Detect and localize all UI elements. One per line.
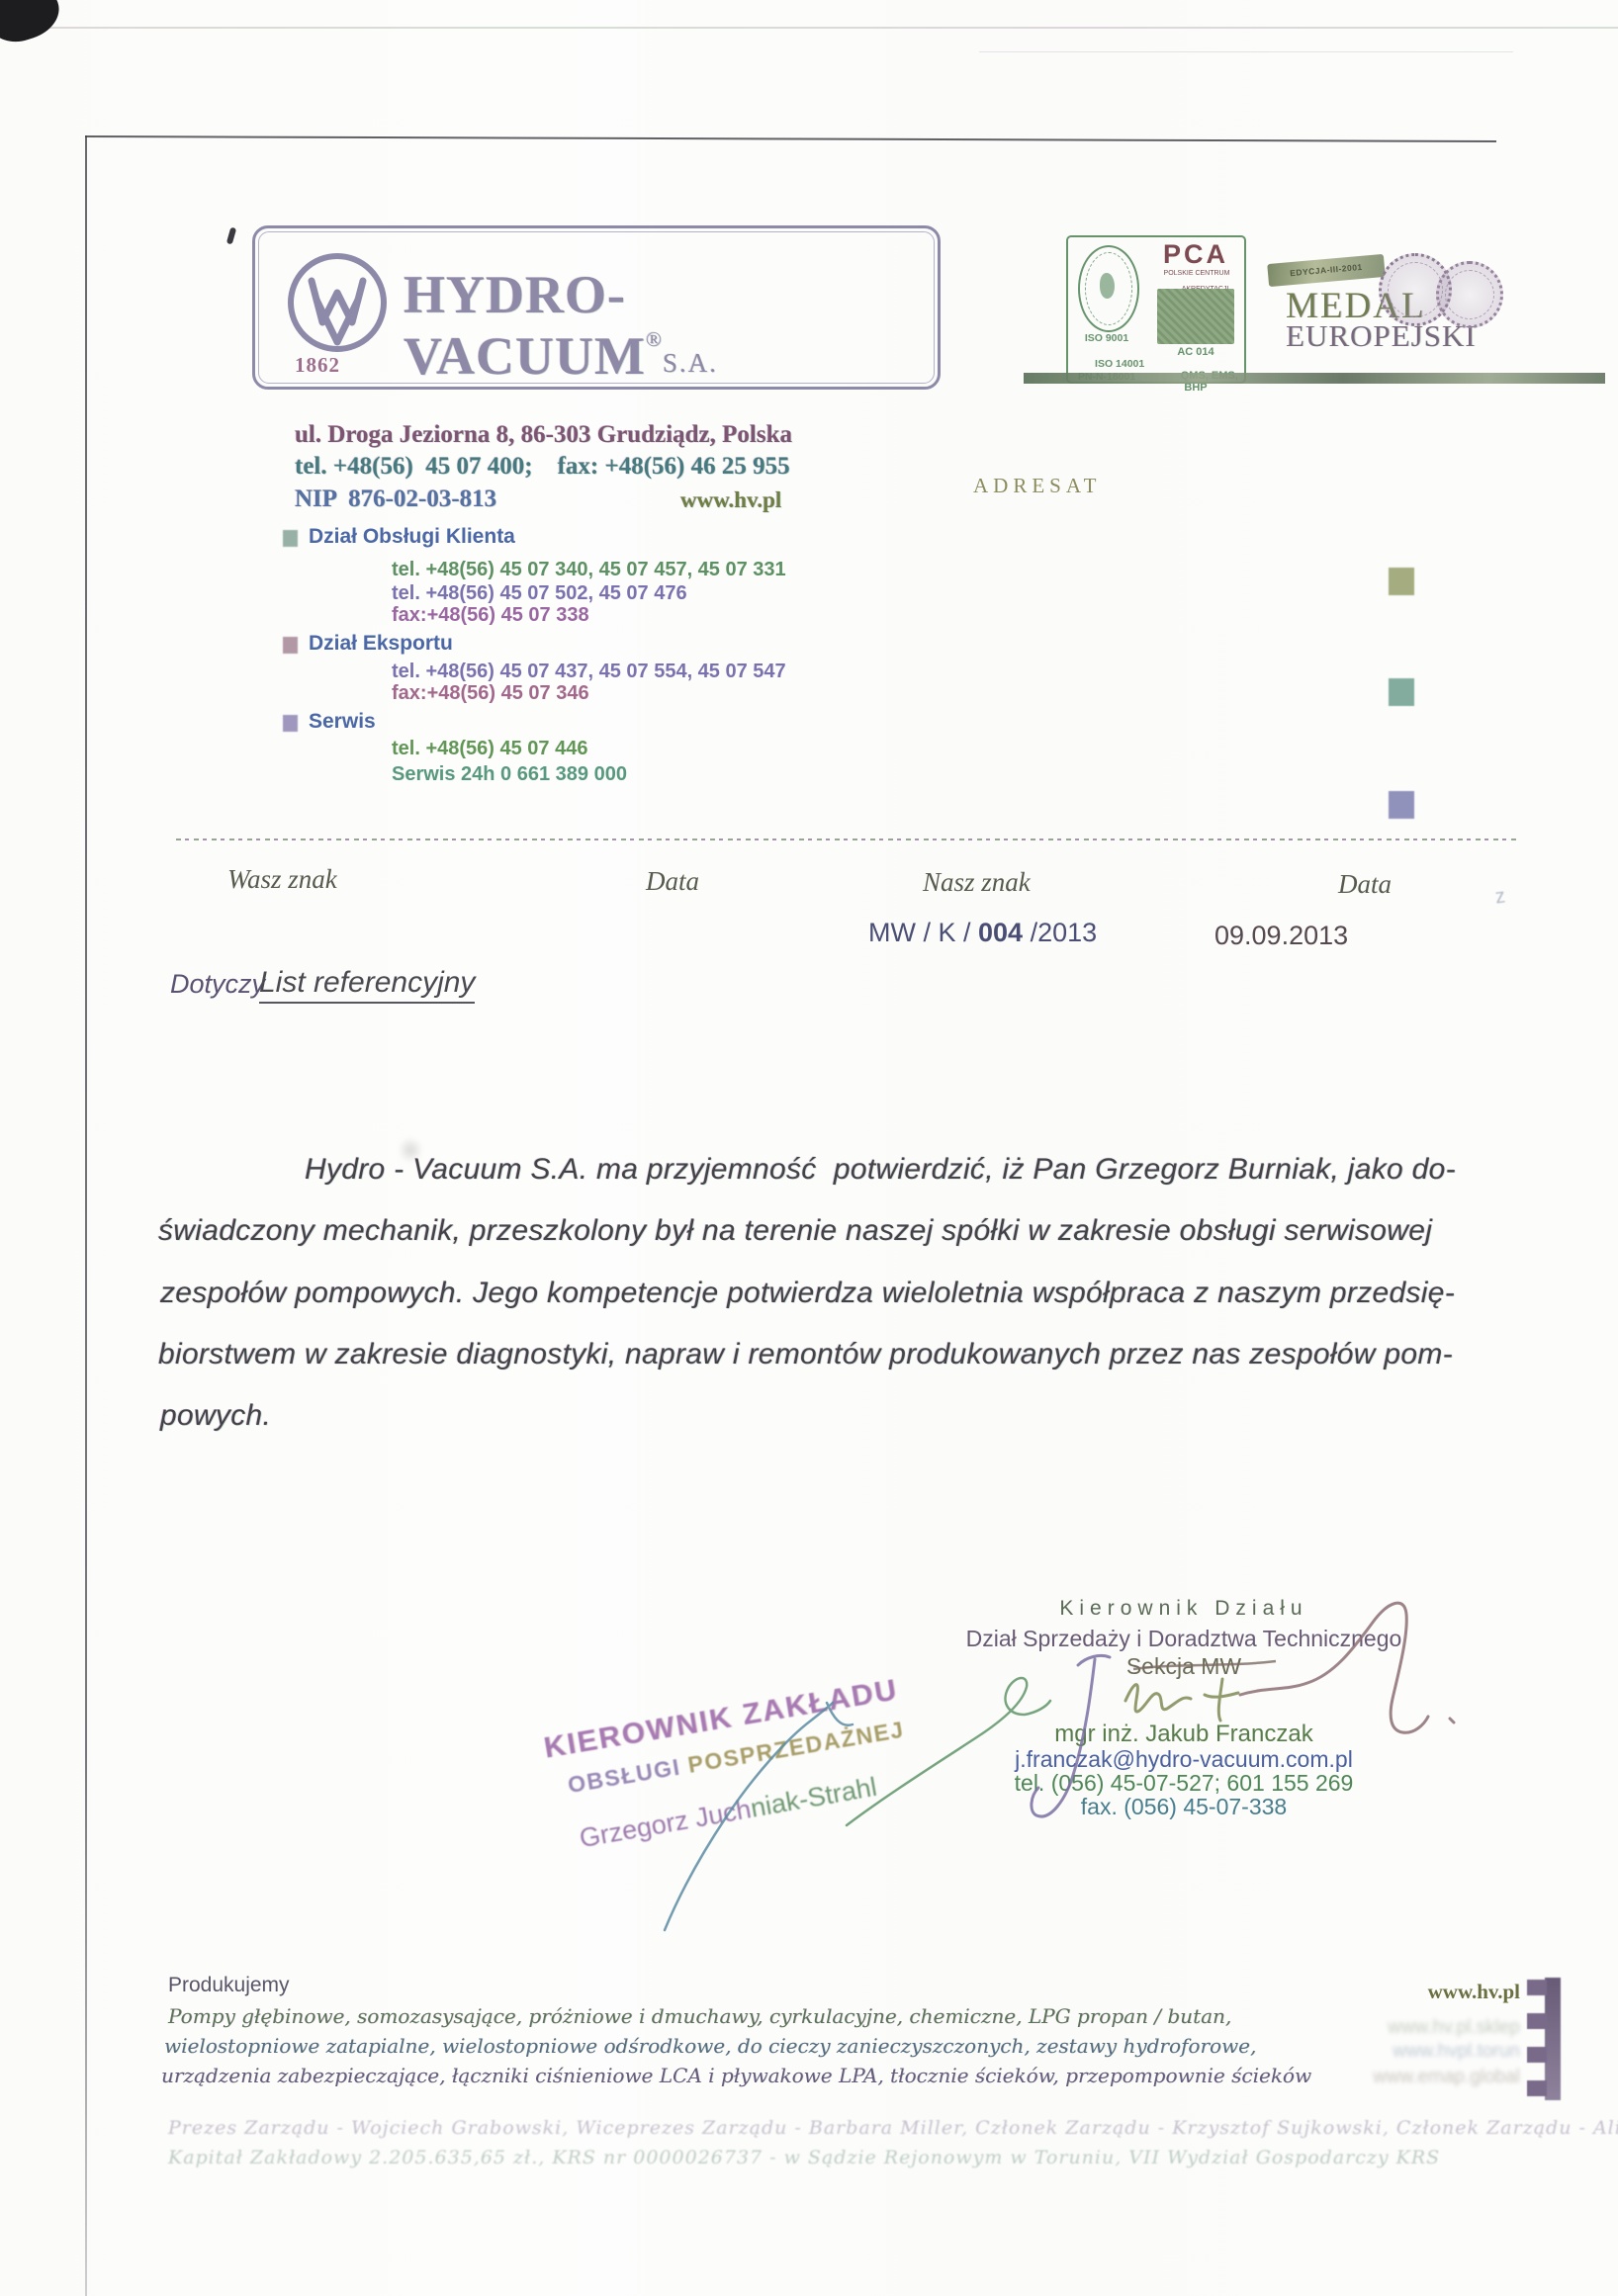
medal-ribbon: EDYCJA-III-2001	[1267, 254, 1386, 287]
brand-text: HYDRO-VACUUM	[404, 265, 646, 386]
ink-tick-mark	[226, 227, 236, 245]
nasz-znak-value: MW / K / 004 /2013	[868, 918, 1097, 948]
body-line: biorstwem w zakresie diagnostyki, napraw…	[158, 1338, 1453, 1372]
department-line: tel. +48(56) 45 07 437, 45 07 554, 45 07…	[392, 661, 786, 683]
page-border-left	[85, 135, 87, 2296]
bullet-square-icon	[283, 715, 298, 732]
hv-logo-icon	[285, 250, 390, 355]
adresat-label: ADRESAT	[973, 474, 1102, 497]
department-line: fax:+48(56) 45 07 346	[392, 682, 589, 705]
footer-faint-line: www.emap.global	[1322, 2067, 1520, 2088]
margin-square-icon	[1389, 791, 1414, 819]
bullet-square-icon	[283, 637, 298, 654]
company-website: www.hv.pl	[680, 487, 781, 513]
footer-heading: Produkujemy	[168, 1974, 290, 1997]
footer-faint-line: www.hvpl.torun	[1322, 2041, 1520, 2063]
signer-email: j.franczak@hydro-vacuum.com.pl	[937, 1746, 1431, 1772]
department-name: Serwis	[309, 710, 376, 734]
department-line: Serwis 24h 0 661 389 000	[392, 763, 627, 786]
company-nip: NIP 876-02-03-813	[295, 486, 496, 514]
company-phone-fax: tel. +48(56) 45 07 400; fax: +48(56) 46 …	[295, 453, 790, 482]
department-name: Dział Eksportu	[309, 632, 453, 656]
subject-line: List referencyjny	[259, 966, 475, 1001]
header-divider	[1024, 373, 1605, 384]
company-logo-box: 1862 HYDRO-VACUUM®S.A.	[252, 225, 941, 390]
page-border-top	[85, 135, 1496, 142]
brand-name: HYDRO-VACUUM®S.A.	[404, 264, 938, 387]
nasz-znak-label: Nasz znak	[923, 867, 1031, 898]
registered-mark-icon: ®	[646, 327, 663, 351]
medal-coin-icon	[1436, 261, 1503, 328]
footer-products-line: urządzenia zabezpieczające, łączniki ciś…	[161, 2065, 1311, 2087]
scan-edge-line	[0, 27, 1618, 29]
registration-mark	[1527, 1978, 1565, 2100]
signer-title: Kierownik Działu	[937, 1597, 1431, 1621]
dashed-divider	[176, 839, 1517, 840]
signer-section: Sekcja MW	[937, 1653, 1431, 1679]
medal-word-2: EUROPEJSKI	[1286, 318, 1477, 354]
scanned-letter: 1862 HYDRO-VACUUM®S.A. ISO 9001 ISO 1400…	[0, 0, 1618, 2296]
accreditation-lines: AC 014 QMS, EMS,BHP	[1153, 346, 1238, 394]
body-line: powych.	[160, 1399, 271, 1434]
footer-faint-line: www.hv.pl.sklep	[1322, 2017, 1520, 2039]
department-line: tel. +48(56) 45 07 502, 45 07 476	[392, 582, 687, 605]
footer-products-line: wielostopniowe zatapialne, wielostopniow…	[164, 2035, 1256, 2058]
margin-square-icon	[1389, 678, 1414, 706]
body-line: świadczony mechanik, przeszkolony był na…	[158, 1214, 1432, 1249]
logo-year: 1862	[295, 353, 340, 377]
footer-products-line: Pompy głębinowe, somozasysające, próżnio…	[168, 2005, 1231, 2028]
scan-corner-mark	[0, 0, 66, 49]
data-label-2: Data	[1338, 869, 1392, 900]
signer-name: mgr inż. Jakub Franczak	[937, 1721, 1431, 1748]
department-line: fax:+48(56) 45 07 338	[392, 604, 589, 627]
accreditation-mark-icon	[1157, 289, 1234, 344]
company-address: ul. Droga Jeziorna 8, 86-303 Grudziądz, …	[295, 421, 792, 450]
footer-website: www.hv.pl	[1322, 1980, 1520, 2003]
pca-title: PCA	[1163, 239, 1228, 270]
scan-edge-line-2	[979, 51, 1513, 52]
signer-department: Dział Sprzedaży i Doradztwa Technicznego	[937, 1626, 1431, 1651]
board-line: Prezes Zarządu - Wojciech Grabowski, Wic…	[168, 2118, 1618, 2140]
ink-smudge: z	[1493, 885, 1506, 909]
department-line: tel. +48(56) 45 07 340, 45 07 457, 45 07…	[392, 559, 786, 581]
brand-suffix: S.A.	[663, 348, 718, 378]
board-line: Kapitał Zakładowy 2.205.635,65 zł., KRS …	[168, 2148, 1440, 2169]
department-line: tel. +48(56) 45 07 446	[392, 738, 587, 760]
letter-date: 09.09.2013	[1214, 921, 1348, 951]
department-name: Dział Obsługi Klienta	[309, 525, 515, 549]
ribbon-text: EDYCJA-III-2001	[1290, 262, 1363, 278]
dotyczy-label: Dotyczy	[170, 969, 265, 1000]
signer-fax: fax. (056) 45-07-338	[937, 1794, 1431, 1819]
margin-square-icon	[1389, 568, 1414, 595]
wasz-znak-label: Wasz znak	[227, 864, 337, 895]
body-line: zespołów pompowych. Jego kompetencje pot…	[160, 1277, 1455, 1311]
certificate-oval-emblem-icon	[1078, 245, 1139, 332]
bullet-square-icon	[283, 530, 298, 547]
signer-phone: tel. (056) 45-07-527; 601 155 269	[937, 1770, 1431, 1796]
body-line: Hydro - Vacuum S.A. ma przyjemność potwi…	[305, 1153, 1456, 1188]
data-label: Data	[646, 866, 699, 897]
certificate-box: ISO 9001 ISO 14001PN-N-18001 PCA POLSKIE…	[1066, 235, 1246, 384]
